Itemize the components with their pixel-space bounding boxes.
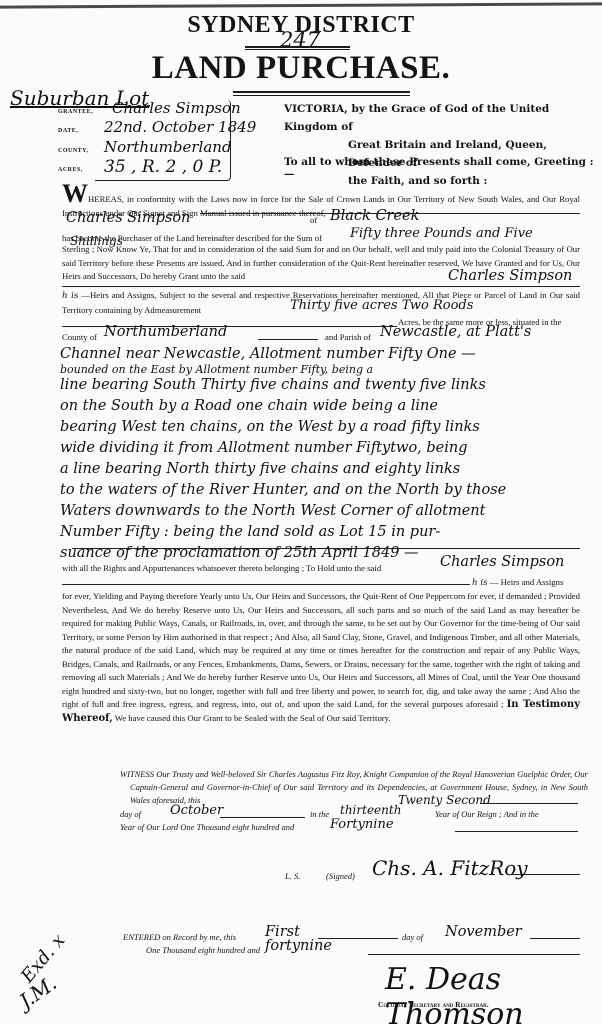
description-line: bounded on the East by Allotment number … bbox=[60, 365, 590, 375]
holder-heirs: h is — Heirs and Assigns bbox=[472, 576, 563, 591]
top-border-line bbox=[0, 2, 602, 8]
his-pronoun: h is bbox=[472, 578, 488, 588]
acres-value: 35 , R. 2 , 0 P. bbox=[104, 157, 222, 177]
heading-rule bbox=[245, 46, 350, 48]
reign-text: Year of Our Reign ; And in the bbox=[435, 808, 539, 821]
drop-cap: W bbox=[62, 179, 88, 208]
entered-text: ENTERED on Record by me, this bbox=[123, 931, 236, 944]
entered-month: November bbox=[445, 922, 522, 943]
land-description: Channel near Newcastle, Allotment number… bbox=[60, 344, 590, 564]
description-line: line bearing South Thirty five chains an… bbox=[60, 375, 590, 396]
parish-label: and Parish of bbox=[325, 331, 371, 345]
in-the-label: in the bbox=[310, 808, 329, 821]
rule bbox=[62, 584, 470, 585]
rule bbox=[220, 817, 305, 818]
purchaser-name: Charles Simpson bbox=[66, 208, 190, 229]
grantee-value: Charles Simpson bbox=[112, 99, 241, 117]
description-line: Waters downwards to the North West Corne… bbox=[60, 501, 590, 522]
his-pronoun: h is bbox=[62, 291, 78, 301]
greeting: To all to whom these Presents shall come… bbox=[284, 156, 602, 180]
acres-label: ACRES, bbox=[58, 167, 83, 173]
year-text: Year of Our Lord One Thousand eight hund… bbox=[120, 821, 294, 834]
to-hold-text: with all the Rights and Appurtenances wh… bbox=[62, 562, 381, 576]
reservations-paragraph: for ever, Yielding and Paying therefore … bbox=[62, 590, 580, 725]
rule bbox=[512, 874, 580, 875]
date-label: DATE, bbox=[58, 128, 78, 134]
document-title: LAND PURCHASE. bbox=[0, 50, 602, 87]
county-label: COUNTY, bbox=[58, 148, 88, 154]
grantee-label: GRANTEE, bbox=[58, 109, 93, 115]
registrar-signature: E. Deas Thomson bbox=[385, 962, 602, 1024]
rule bbox=[368, 954, 580, 955]
rule bbox=[72, 548, 580, 549]
parish-value: Newcastle, at Platt's bbox=[380, 322, 531, 343]
seal-mark: L. S. bbox=[285, 870, 300, 883]
title-rule-2 bbox=[233, 95, 410, 96]
entered-year: fortynine bbox=[265, 936, 332, 957]
testimony-text: We have caused this Our Grant to be Seal… bbox=[115, 713, 391, 723]
witness-year: Fortynine bbox=[330, 814, 394, 835]
rule bbox=[258, 339, 318, 340]
day-of-label: day of bbox=[120, 808, 141, 821]
grantee-name-repeat: Charles Simpson bbox=[448, 266, 572, 287]
county-value: Northumberland bbox=[104, 138, 232, 156]
description-line: Number Fifty : being the land sold as Lo… bbox=[60, 522, 590, 543]
description-line: Channel near Newcastle, Allotment number… bbox=[60, 344, 590, 365]
purchase-sum: Fifty three Pounds and Five bbox=[350, 223, 533, 244]
registrar-title: Colonial Secretary and Registrar. bbox=[378, 1000, 489, 1009]
description-line: bearing West ten chains, on the West by … bbox=[60, 417, 590, 438]
land-area: Thirty five acres Two Roods bbox=[290, 295, 473, 316]
description-line: to the waters of the River Hunter, and o… bbox=[60, 480, 590, 501]
holder-name: Charles Simpson bbox=[440, 552, 564, 573]
description-line: wide dividing it from Allotment number F… bbox=[60, 438, 590, 459]
county-label-body: County of bbox=[62, 331, 97, 345]
governor-signature: Chs. A. FitzRoy bbox=[372, 856, 528, 880]
entered-year-text: One Thousand eight hundred and bbox=[146, 944, 260, 957]
rule bbox=[62, 286, 580, 287]
description-line: a line bearing North thirty five chains … bbox=[60, 459, 590, 480]
county-body: Northumberland bbox=[104, 322, 227, 343]
entered-day-of-label: day of bbox=[402, 931, 423, 944]
reservations-text: for ever, Yielding and Paying therefore … bbox=[62, 591, 580, 709]
rule bbox=[530, 938, 580, 939]
title-rule bbox=[233, 91, 410, 93]
signed-label: (Signed) bbox=[326, 870, 355, 883]
rule bbox=[480, 803, 578, 804]
of-label: of bbox=[310, 214, 317, 228]
date-value: 22nd. October 1849 bbox=[104, 118, 256, 136]
preamble-line-1: VICTORIA, by the Grace of God of the Uni… bbox=[284, 100, 594, 136]
description-line: on the South by a Road one chain wide be… bbox=[60, 396, 590, 417]
rule bbox=[455, 831, 578, 832]
witness-month: October bbox=[170, 800, 223, 821]
heirs-assigns: — Heirs and Assigns bbox=[490, 577, 564, 587]
